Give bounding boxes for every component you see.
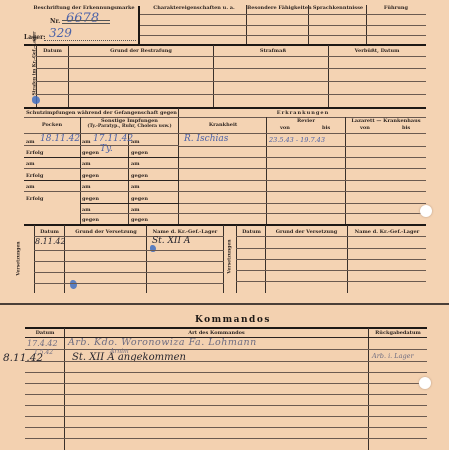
rule [25,405,427,406]
divider [178,108,179,224]
strafen-header-datum: Datum [37,48,68,54]
ink-blot [70,280,77,289]
versetzung-lager: St. XII A [152,236,190,246]
kommandos-card: Kommandos Datum Art des Kommandos Rückga… [0,305,449,450]
versetzungen-right-header-datum: Datum [237,229,266,235]
rule [25,372,427,373]
row-label: gegen [82,217,99,223]
rule [25,394,427,395]
row-label: Erfolg [26,173,43,179]
erkrankungen-col-lazarett: Lazarett — Krankenhaus [346,118,426,124]
divider [368,328,369,450]
row-label: gegen [82,150,99,156]
rule [25,427,427,428]
row-label: Erfolg [26,196,43,202]
row-label: gegen [82,196,99,202]
versetzungen-left-header-grund: Grund der Versetzung [65,229,147,235]
rule [140,14,426,15]
sonstige-date: 17.11.42 [93,134,133,144]
rule [25,438,427,439]
rule [179,180,426,181]
erkrankungen-col-krankheit: Krankheit [180,122,266,128]
punch-hole [420,205,432,217]
versetzungen-right-side-label: Versetzungen [228,232,233,282]
versetzungen-left-side-label: Versetzungen [17,234,22,284]
strafen-header-verbuesst: Verbüßt, Datum [329,48,425,54]
ink-blot [32,96,40,104]
rule [140,25,426,26]
krankheit-value: R. Ischias [184,134,228,144]
divider [128,133,129,224]
strafen-header-grund: Grund der Bestrafung [69,48,213,54]
rule [179,157,426,158]
rule [36,94,426,95]
rule [80,203,179,204]
divider [328,45,329,107]
revier-value: 23.5.43 - 19.7.43 [269,136,325,144]
rule [179,213,426,214]
versetzungen-right-header-grund: Grund der Versetzung [266,229,347,235]
rule [36,68,426,69]
prisoner-card-front: Beschriftung der Erkennungsmarke Nr. 667… [0,0,449,303]
row-label: am [82,161,91,167]
impfungen-col-pocken: Pocken [24,122,80,128]
row-label: gegen [82,173,99,179]
kommando-art-0: Arb. Kdo. Woronowiza Fa. Lohmann [68,337,257,348]
nr-strike-2 [62,23,110,24]
row-label: gegen [131,150,148,156]
versetzung-datum: 8.11.42 [35,237,66,246]
rule [24,180,179,181]
kommando-datum-0: 17.4.42 [27,339,58,348]
lager-value: 329 [49,26,72,40]
rule [179,203,426,204]
rule [140,35,426,36]
rule [25,383,427,384]
rule [236,259,426,260]
nr-strike-1 [62,20,110,21]
impfungen-col-sonstige-sub: (Ty.-Paratyp., Ruhr, Cholera usw.) [81,124,178,130]
impfungen-title: Schutzimpfungen während der Gefangenscha… [24,110,179,116]
row-label: am [82,184,91,190]
rule [24,107,426,109]
rule [25,416,427,417]
versetzungen-right-header-name: Name d. Kr.-Gef.-Lager [348,229,426,235]
rule [179,168,426,169]
kommandos-header-rueckgabe: Rückgabedatum [369,330,427,336]
kommandos-title: Kommandos [195,315,271,325]
rule [236,248,426,249]
rule [25,349,427,350]
rule [25,361,427,362]
row-label: am [26,184,35,190]
kommando-datum-2: 8.11.42 [3,352,43,364]
pocken-date: 18.11.42 [40,134,80,144]
header-charakter: Charaktereigenschaften u. a. [140,5,248,11]
row-label: gegen [131,217,148,223]
rule [34,272,224,273]
rule [236,281,426,282]
erkrankungen-revier-bis: bis [322,125,330,131]
row-label: am [26,161,35,167]
header-fuehrung: Führung [367,5,425,11]
rule [24,44,426,46]
row-label: gegen [131,173,148,179]
divider [213,45,214,107]
header-faehigkeiten: Besondere Fähigkeiten [247,5,309,11]
rule [24,191,179,192]
kommandos-header-datum: Datum [26,330,64,336]
kommandos-header-art: Art des Kommandos [65,330,368,336]
punch-hole [419,377,431,389]
header-sprach: Sprachkenntnisse [309,5,367,11]
rule [34,250,224,251]
rule [179,146,426,147]
rule [36,56,426,57]
row-label: Erfolg [26,150,43,156]
rule [25,327,427,329]
rule [36,81,426,82]
nr-label: Nr. [50,19,60,25]
rule [80,213,179,214]
row-label: am [131,161,140,167]
rule [24,157,179,158]
divider [64,328,65,450]
rule [24,168,179,169]
erkrankungen-title: Erkrankungen [180,110,426,116]
erkrankungen-col-revier: Revier [267,118,345,124]
erkrankungen-lazarett-bis: bis [402,125,410,131]
erkrankungen-lazarett-von: von [360,125,370,131]
row-label: gegen [131,196,148,202]
versetzungen-left-header-datum: Datum [35,229,64,235]
strafen-header-strafmass: Strafmaß [214,48,332,54]
divider [68,45,69,107]
kommando-rueckgabe-1: Arb. i. Lager [372,352,414,360]
lager-dotted-line [44,40,136,41]
rule [24,224,426,226]
erkrankungen-revier-von: von [280,125,290,131]
sonstige-type: Ty. [100,144,113,154]
rule [34,261,224,262]
rule [236,236,426,237]
versetzungen-left-header-name: Name d. Kr.-Gef.-Lager [147,229,223,235]
rule [179,191,426,192]
row-label: am [131,184,140,190]
rule [34,283,224,284]
rule [236,270,426,271]
